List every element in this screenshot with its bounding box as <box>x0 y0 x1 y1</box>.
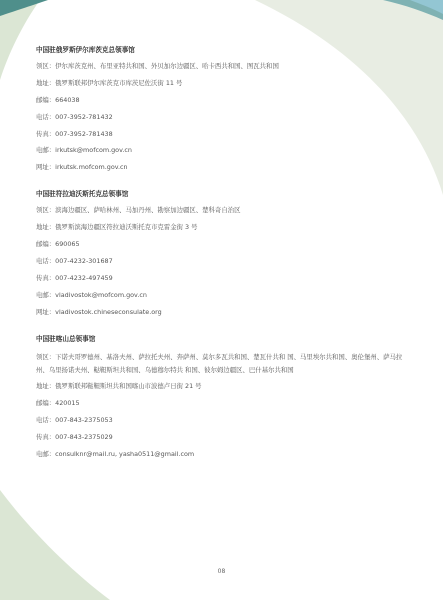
phone-label: 电话： <box>36 257 55 265</box>
email-label: 电邮： <box>36 146 55 154</box>
postcode-value: 690065 <box>55 240 79 248</box>
phone-value: 007-3952-781432 <box>55 113 112 121</box>
fax-row: 传真：007-3952-781438 <box>36 130 426 139</box>
page-number: 08 <box>0 568 443 575</box>
phone-value: 007-4232-301687 <box>55 257 112 265</box>
section-title: 中国驻喀山总领事馆 <box>36 335 426 344</box>
website-row: 网址：vladivostok.chineseconsulate.org <box>36 308 426 317</box>
email-link[interactable]: irkutsk@mofcom.gov.cn <box>55 146 132 154</box>
fax-value: 007-3952-781438 <box>55 130 112 138</box>
fax-value: 007-843-2375029 <box>55 433 112 441</box>
website-label: 网址： <box>36 163 55 171</box>
district-row: 领区：下诺夫哥罗德州、基洛夫州、萨拉托夫州、奔萨州、莫尔多瓦共和国、楚瓦什共和 … <box>36 351 408 377</box>
address-value: 俄罗斯滨海边疆区符拉迪沃斯托克市克雷金街 3 号 <box>55 223 197 231</box>
website-link[interactable]: irkutsk.mofcom.gov.cn <box>55 163 127 171</box>
address-label: 地址： <box>36 223 55 231</box>
email-row: 电邮：vladivostok@mofcom.gov.cn <box>36 291 426 300</box>
consulate-section-kazan: 中国驻喀山总领事馆 领区：下诺夫哥罗德州、基洛夫州、萨拉托夫州、奔萨州、莫尔多瓦… <box>36 335 426 459</box>
email-row: 电邮：consulknr@mail.ru, yasha0511@gmail.co… <box>36 450 426 459</box>
section-title: 中国驻符拉迪沃斯托克总领事馆 <box>36 190 426 199</box>
email-label: 电邮： <box>36 291 55 299</box>
district-value: 滨海边疆区、萨哈林州、马加丹州、勘察加边疆区、楚科奇自治区 <box>55 206 240 214</box>
postcode-label: 邮编： <box>36 240 55 248</box>
phone-label: 电话： <box>36 113 55 121</box>
fax-row: 传真：007-4232-497459 <box>36 274 426 283</box>
email-link[interactable]: consulknr@mail.ru, yasha0511@gmail.com <box>55 450 194 458</box>
fax-label: 传真： <box>36 274 55 282</box>
postcode-label: 邮编： <box>36 399 55 407</box>
consulate-list: 中国驻俄罗斯伊尔库茨克总领事馆 领区：伊尔库茨克州、布里亚特共和国、外贝加尔边疆… <box>36 46 426 467</box>
fax-value: 007-4232-497459 <box>55 274 112 282</box>
address-label: 地址： <box>36 79 55 87</box>
fax-label: 传真： <box>36 433 55 441</box>
postcode-value: 664038 <box>55 96 79 104</box>
district-label: 领区： <box>36 206 55 214</box>
consulate-section-vladivostok: 中国驻符拉迪沃斯托克总领事馆 领区：滨海边疆区、萨哈林州、马加丹州、勘察加边疆区… <box>36 190 426 316</box>
district-value: 伊尔库茨克州、布里亚特共和国、外贝加尔边疆区、哈卡西共和国、图瓦共和国 <box>55 62 279 70</box>
website-row: 网址：irkutsk.mofcom.gov.cn <box>36 163 426 172</box>
address-row: 地址：俄罗斯联邦鞑靼斯坦共和国喀山市波德卢日街 21 号 <box>36 382 426 391</box>
district-row: 领区：伊尔库茨克州、布里亚特共和国、外贝加尔边疆区、哈卡西共和国、图瓦共和国 <box>36 62 426 71</box>
phone-value: 007-843-2375053 <box>55 416 112 424</box>
address-value: 俄罗斯联邦鞑靼斯坦共和国喀山市波德卢日街 21 号 <box>55 382 201 390</box>
phone-row: 电话：007-4232-301687 <box>36 257 426 266</box>
district-label: 领区： <box>36 62 55 70</box>
phone-label: 电话： <box>36 416 55 424</box>
address-row: 地址：俄罗斯滨海边疆区符拉迪沃斯托克市克雷金街 3 号 <box>36 223 426 232</box>
email-label: 电邮： <box>36 450 55 458</box>
document-page: 中国驻俄罗斯伊尔库茨克总领事馆 领区：伊尔库茨克州、布里亚特共和国、外贝加尔边疆… <box>0 0 443 600</box>
address-row: 地址：俄罗斯联邦伊尔库茨克市库茨尼佐沃街 11 号 <box>36 79 426 88</box>
section-spacer <box>36 324 426 335</box>
postcode-label: 邮编： <box>36 96 55 104</box>
fax-row: 传真：007-843-2375029 <box>36 433 426 442</box>
phone-row: 电话：007-3952-781432 <box>36 113 426 122</box>
email-link[interactable]: vladivostok@mofcom.gov.cn <box>55 291 147 299</box>
postcode-value: 420015 <box>55 399 79 407</box>
section-spacer <box>36 180 426 190</box>
section-title: 中国驻俄罗斯伊尔库茨克总领事馆 <box>36 46 426 55</box>
postcode-row: 邮编：420015 <box>36 399 426 408</box>
website-label: 网址： <box>36 308 55 316</box>
website-link[interactable]: vladivostok.chineseconsulate.org <box>55 308 162 316</box>
district-row: 领区：滨海边疆区、萨哈林州、马加丹州、勘察加边疆区、楚科奇自治区 <box>36 206 426 215</box>
consulate-section-irkutsk: 中国驻俄罗斯伊尔库茨克总领事馆 领区：伊尔库茨克州、布里亚特共和国、外贝加尔边疆… <box>36 46 426 172</box>
fax-label: 传真： <box>36 130 55 138</box>
district-value: 下诺夫哥罗德州、基洛夫州、萨拉托夫州、奔萨州、莫尔多瓦共和国、楚瓦什共和 国、马… <box>36 353 402 374</box>
address-label: 地址： <box>36 382 55 390</box>
phone-row: 电话：007-843-2375053 <box>36 416 426 425</box>
address-value: 俄罗斯联邦伊尔库茨克市库茨尼佐沃街 11 号 <box>55 79 182 87</box>
email-row: 电邮：irkutsk@mofcom.gov.cn <box>36 146 426 155</box>
district-label: 领区： <box>36 353 55 361</box>
postcode-row: 邮编：664038 <box>36 96 426 105</box>
postcode-row: 邮编：690065 <box>36 240 426 249</box>
